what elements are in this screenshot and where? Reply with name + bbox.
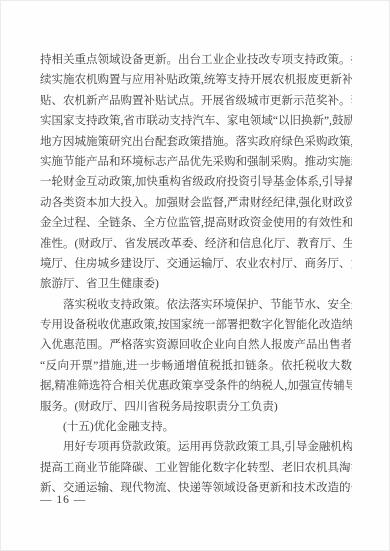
text-line: “反向开票”措施,进一步畅通增值税抵扣链条。依托税收大数	[40, 356, 352, 376]
text-line: 持相关重点领域设备更新。出台工业企业技改专项支持政策。持	[40, 50, 352, 70]
text-line: 旅游厅、省卫生健康委)	[40, 274, 352, 294]
text-line: 提高工商业节能降碳、工业智能化数字化转型、老旧农机具淘汰更	[40, 458, 352, 478]
text-line: 专用设备税收优惠政策,按国家统一部署把数字化智能化改造纳	[40, 315, 352, 335]
text-line: 实施节能产品和环境标志产品优先采购和强制采购。推动实施新	[40, 152, 352, 172]
document-text-block: 持相关重点领域设备更新。出台工业企业技改专项支持政策。持续实施农机购置与应用补贴…	[40, 50, 352, 499]
text-line: 境厅、住房城乡建设厅、交通运输厅、农业农村厅、商务厅、文化和	[40, 254, 352, 274]
text-line: 新、交通运输、现代物流、快递等领域设备更新和技术改造的信贷	[40, 478, 352, 498]
text-line: 落实税收支持政策。依法落实环境保护、节能节水、安全生产	[40, 295, 352, 315]
text-line: 动各类资本加大投入。加强财会监督,严肃财经纪律,强化财政资	[40, 193, 352, 213]
text-line: (十五)优化金融支持。	[40, 417, 352, 437]
text-line: 金全过程、全链条、全方位监管,提高财政资金使用的有效性和精	[40, 213, 352, 233]
text-line: 入优惠范围。严格落实资源回收企业向自然人报废产品出售者	[40, 335, 352, 355]
text-line: 服务。(财政厅、四川省税务局按职责分工负责)	[40, 397, 352, 417]
document-page: 持相关重点领域设备更新。出台工业企业技改专项支持政策。持续实施农机购置与应用补贴…	[0, 0, 390, 551]
text-line: 准性。(财政厅、省发展改革委、经济和信息化厅、教育厅、生态环	[40, 234, 352, 254]
page-number: — 16 —	[40, 491, 86, 509]
text-line: 实国家支持政策,省市联动支持汽车、家电领域“以旧换新”,鼓励	[40, 111, 352, 131]
text-line: 据,精准筛选符合相关优惠政策享受条件的纳税人,加强宣传辅导	[40, 376, 352, 396]
text-line: 续实施农机购置与应用补贴政策,统筹支持开展农机报废更新补	[40, 70, 352, 90]
text-line: 贴、农机新产品购置补贴试点。开展省级城市更新示范奖补。落	[40, 91, 352, 111]
text-line: 一轮财金互动政策,加快重构省级政府投资引导基金体系,引导撬	[40, 172, 352, 192]
text-line: 用好专项再贷款政策。运用再贷款政策工具,引导金融机构	[40, 437, 352, 457]
text-line: 地方因城施策研究出台配套政策措施。落实政府绿色采购政策,	[40, 132, 352, 152]
